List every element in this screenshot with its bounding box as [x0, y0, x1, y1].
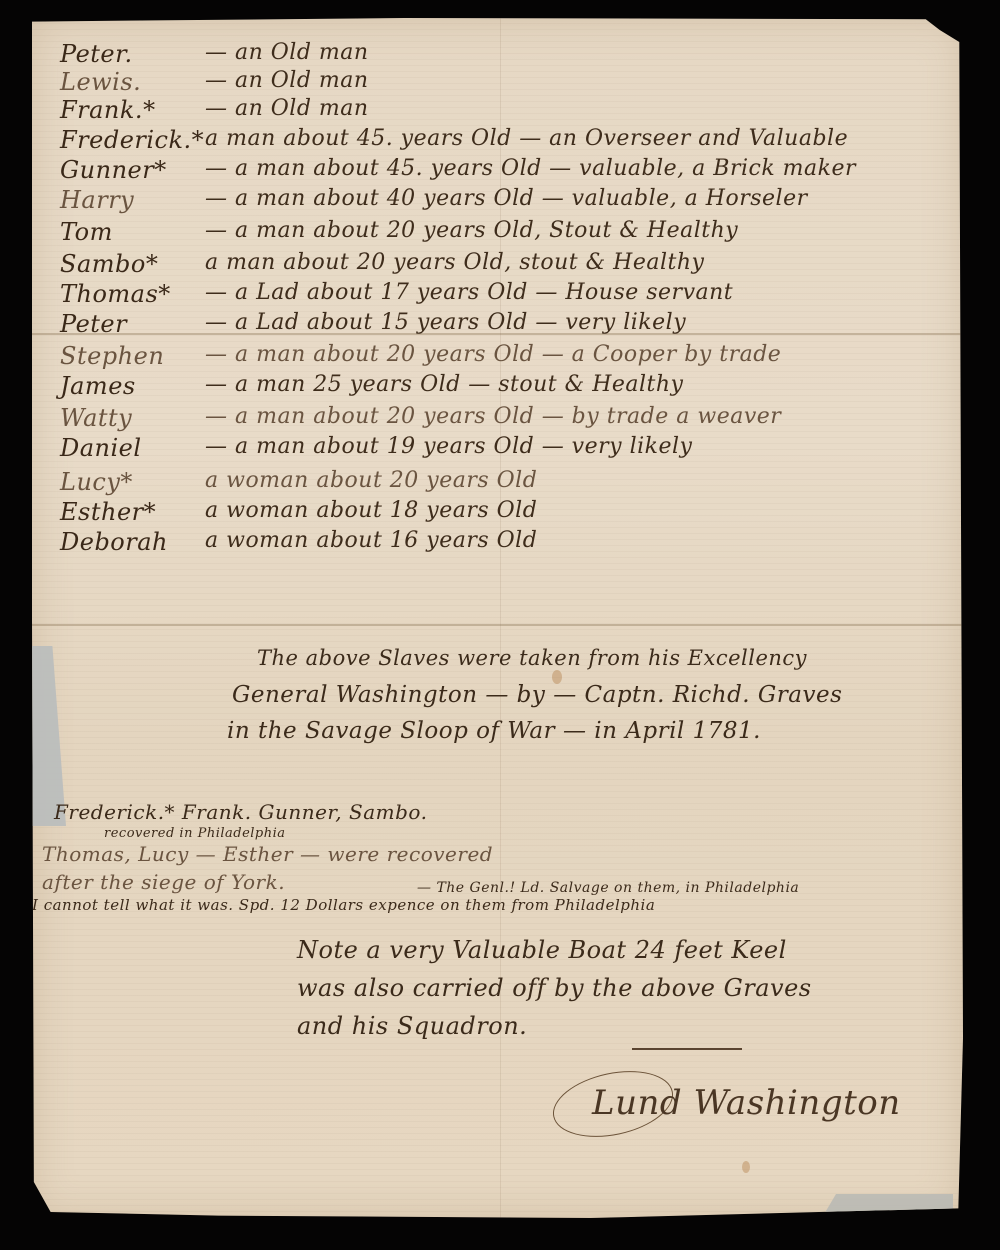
- recovered-line-2: Thomas, Lucy — Esther — were recovered: [42, 842, 493, 866]
- entry-description: — a man about 20 years Old, Stout & Heal…: [205, 218, 738, 243]
- signature: Lund Washington: [592, 1083, 901, 1123]
- entry-description: — a man about 20 years Old — a Cooper by…: [205, 342, 781, 367]
- statement-line-1: The above Slaves were taken from his Exc…: [257, 646, 807, 670]
- entry-description: — a Lad about 17 years Old — House serva…: [205, 280, 733, 305]
- entry-description: — a man about 19 years Old — very likely: [205, 434, 692, 459]
- entry-name: Peter: [60, 310, 200, 338]
- entry-name: Thomas*: [60, 280, 200, 308]
- manuscript-page: Peter. — an Old man Lewis. — an Old man …: [32, 18, 963, 1218]
- recovered-line-1: Frederick.* Frank. Gunner, Sambo.: [54, 800, 427, 824]
- entry-name: Frederick.*: [60, 126, 200, 154]
- entry-name: Sambo*: [60, 250, 200, 278]
- entry-description: — a man about 40 years Old — valuable, a…: [205, 186, 808, 211]
- repair-tape-bottom: [823, 1194, 953, 1216]
- entry-description: a woman about 18 years Old: [205, 498, 537, 523]
- entry-description: a man about 20 years Old, stout & Health…: [205, 250, 704, 275]
- entry-name: James: [60, 372, 200, 400]
- entry-name: Peter.: [60, 40, 200, 68]
- entry-description: a woman about 20 years Old: [205, 468, 537, 493]
- margin-mark: 8: [962, 578, 973, 597]
- ink-stain: [742, 1161, 750, 1173]
- statement-line-2: General Washington — by — Captn. Richd. …: [232, 682, 842, 708]
- closing-rule: [632, 1048, 742, 1050]
- entry-name: Daniel: [60, 434, 200, 462]
- fold-crease-lower: [32, 624, 963, 626]
- entry-name: Stephen: [60, 342, 200, 370]
- boat-note-line-2: was also carried off by the above Graves: [297, 974, 812, 1002]
- entry-description: — an Old man: [205, 40, 369, 65]
- entry-description: — a Lad about 15 years Old — very likely: [205, 310, 686, 335]
- entry-name: Harry: [60, 186, 200, 214]
- repair-tape-left: [32, 646, 66, 826]
- boat-note-line-3: and his Squadron.: [297, 1012, 527, 1040]
- entry-description: — an Old man: [205, 96, 369, 121]
- entry-description: a woman about 16 years Old: [205, 528, 537, 553]
- general-salvage-note: — The Genl.! Ld. Salvage on them, in Phi…: [417, 880, 799, 896]
- entry-description: — a man about 20 years Old — by trade a …: [205, 404, 781, 429]
- recovered-interlinear: recovered in Philadelphia: [104, 826, 286, 841]
- recovered-line-3: after the siege of York.: [42, 870, 285, 894]
- entry-name: Watty: [60, 404, 200, 432]
- entry-name: Lucy*: [60, 468, 200, 496]
- entry-name: Gunner*: [60, 156, 200, 184]
- entry-description: — a man 25 years Old — stout & Healthy: [205, 372, 684, 397]
- entry-description: a man about 45. years Old — an Overseer …: [205, 126, 848, 151]
- entry-name: Tom: [60, 218, 200, 246]
- entry-name: Deborah: [60, 528, 200, 556]
- recovered-line-4: I cannot tell what it was. Spd. 12 Dolla…: [32, 896, 655, 914]
- entry-description: — an Old man: [205, 68, 369, 93]
- entry-description: — a man about 45. years Old — valuable, …: [205, 156, 856, 181]
- entry-name: Lewis.: [60, 68, 200, 96]
- entry-name: Esther*: [60, 498, 200, 526]
- boat-note-line-1: Note a very Valuable Boat 24 feet Keel: [297, 936, 787, 964]
- statement-line-3: in the Savage Sloop of War — in April 17…: [227, 718, 761, 744]
- entry-name: Frank.*: [60, 96, 200, 124]
